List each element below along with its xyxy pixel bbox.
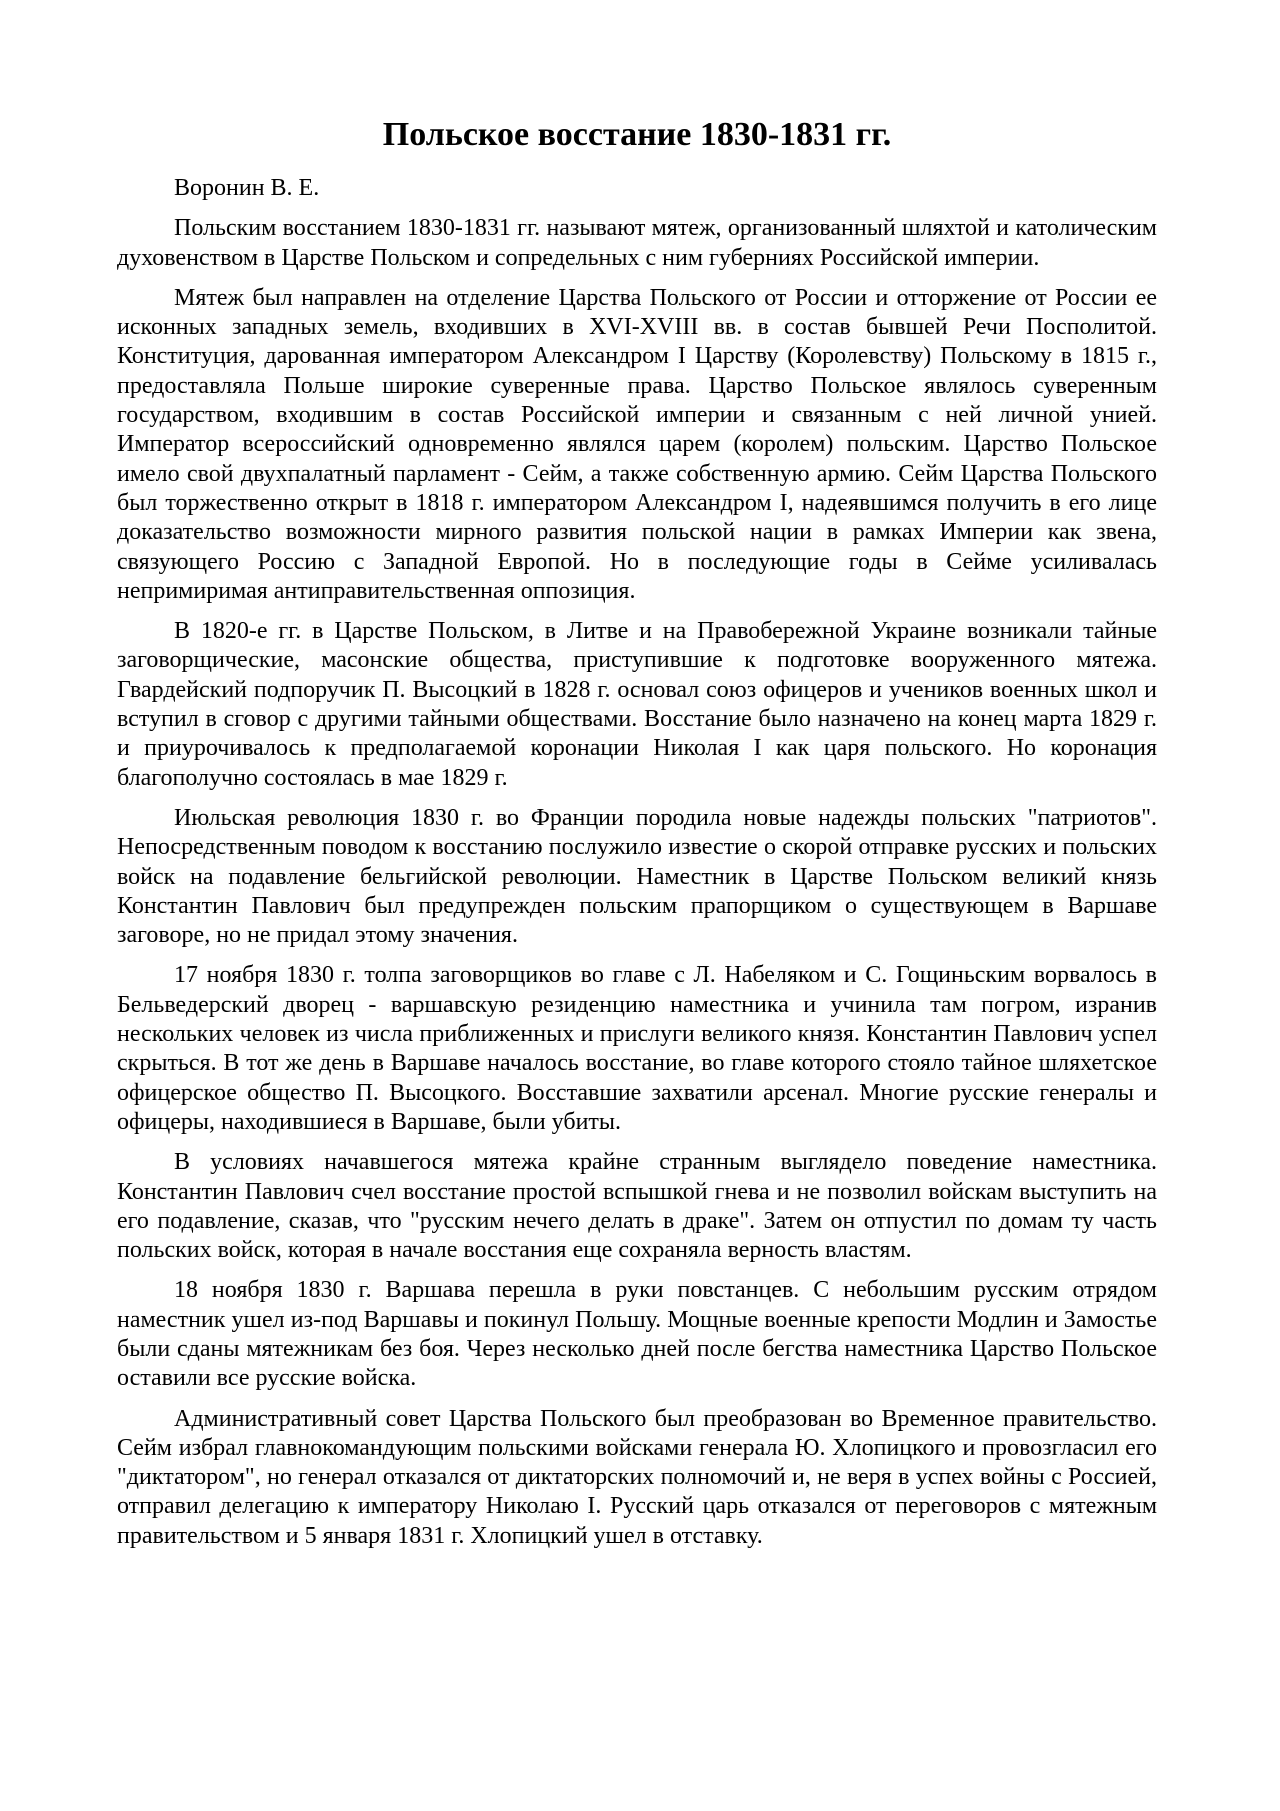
author-line: Воронин В. Е. xyxy=(117,174,1157,203)
document-content: Польское восстание 1830-1831 гг. Воронин… xyxy=(117,0,1157,1562)
paragraph-constitution: Мятеж был направлен на отделение Царства… xyxy=(117,284,1157,606)
paragraph-belvedere-attack: 17 ноября 1830 г. толпа заговорщиков во … xyxy=(117,961,1157,1137)
paragraph-viceroy-behavior: В условиях начавшегося мятежа крайне стр… xyxy=(117,1148,1157,1265)
document-page: Польское восстание 1830-1831 гг. Воронин… xyxy=(0,0,1280,1811)
paragraph-intro: Польским восстанием 1830-1831 гг. называ… xyxy=(117,214,1157,273)
paragraph-warsaw-falls: 18 ноября 1830 г. Варшава перешла в руки… xyxy=(117,1276,1157,1393)
paragraph-provisional-government: Административный совет Царства Польского… xyxy=(117,1405,1157,1551)
document-title: Польское восстание 1830-1831 гг. xyxy=(117,114,1157,156)
paragraph-july-revolution: Июльская революция 1830 г. во Франции по… xyxy=(117,804,1157,950)
paragraph-secret-societies: В 1820-е гг. в Царстве Польском, в Литве… xyxy=(117,617,1157,793)
